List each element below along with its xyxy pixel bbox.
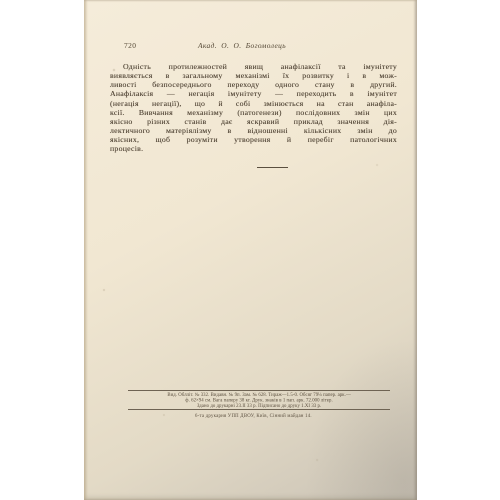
- colophon-text: Вид. Облліт. № 332. Видавн. № 9п. Зам. №…: [128, 392, 390, 408]
- paragraph-line: якісних, щоб розуміти утворення й перебі…: [110, 135, 397, 144]
- paragraph-line: якісно різних станів дає яскравий прикла…: [110, 117, 397, 126]
- section-divider-rule: [257, 167, 288, 168]
- running-title: Акад. О. О. Богомолець: [110, 41, 396, 50]
- colophon-top-rule: [128, 390, 390, 391]
- scan-background: 720 Акад. О. О. Богомолець Одність проти…: [0, 0, 500, 500]
- paragraph-line: процесів.: [110, 144, 397, 153]
- body-paragraph: Одність протилежностей явищ анафілаксії …: [110, 62, 397, 154]
- page-number: 720: [124, 41, 136, 50]
- printer-imprint: 6-та друкарня УПП ДВОУ, Київ, Сінний май…: [110, 413, 397, 421]
- paragraph-line: (негація негації), що й собі змінюється …: [110, 99, 397, 108]
- paragraph-line: лектичного матеріялізму в відношенні кіл…: [110, 126, 397, 135]
- paragraph-line: ливості безпосереднього переходу одного …: [110, 80, 397, 89]
- colophon-line: Здано до друкарні 23.II 33 р. Підписано …: [128, 403, 390, 408]
- colophon-box: Вид. Облліт. № 332. Видавн. № 9п. Зам. №…: [128, 392, 390, 409]
- paragraph-line: Одність протилежностей явищ анафілаксії …: [110, 62, 397, 71]
- paragraph-line: ксії. Вивчання механізму (патогенези) по…: [110, 108, 397, 117]
- paragraph-line: Анафілаксія — негація імунітету — перехо…: [110, 89, 397, 98]
- paragraph-line: виявляється в загальному механізмі їх ро…: [110, 71, 397, 80]
- book-page: 720 Акад. О. О. Богомолець Одність проти…: [84, 0, 417, 500]
- printer-imprint-text: 6-та друкарня УПП ДВОУ, Київ, Сінний май…: [110, 413, 397, 418]
- page-header: 720 Акад. О. О. Богомолець: [110, 41, 396, 50]
- colophon-bottom-rule: [128, 409, 390, 410]
